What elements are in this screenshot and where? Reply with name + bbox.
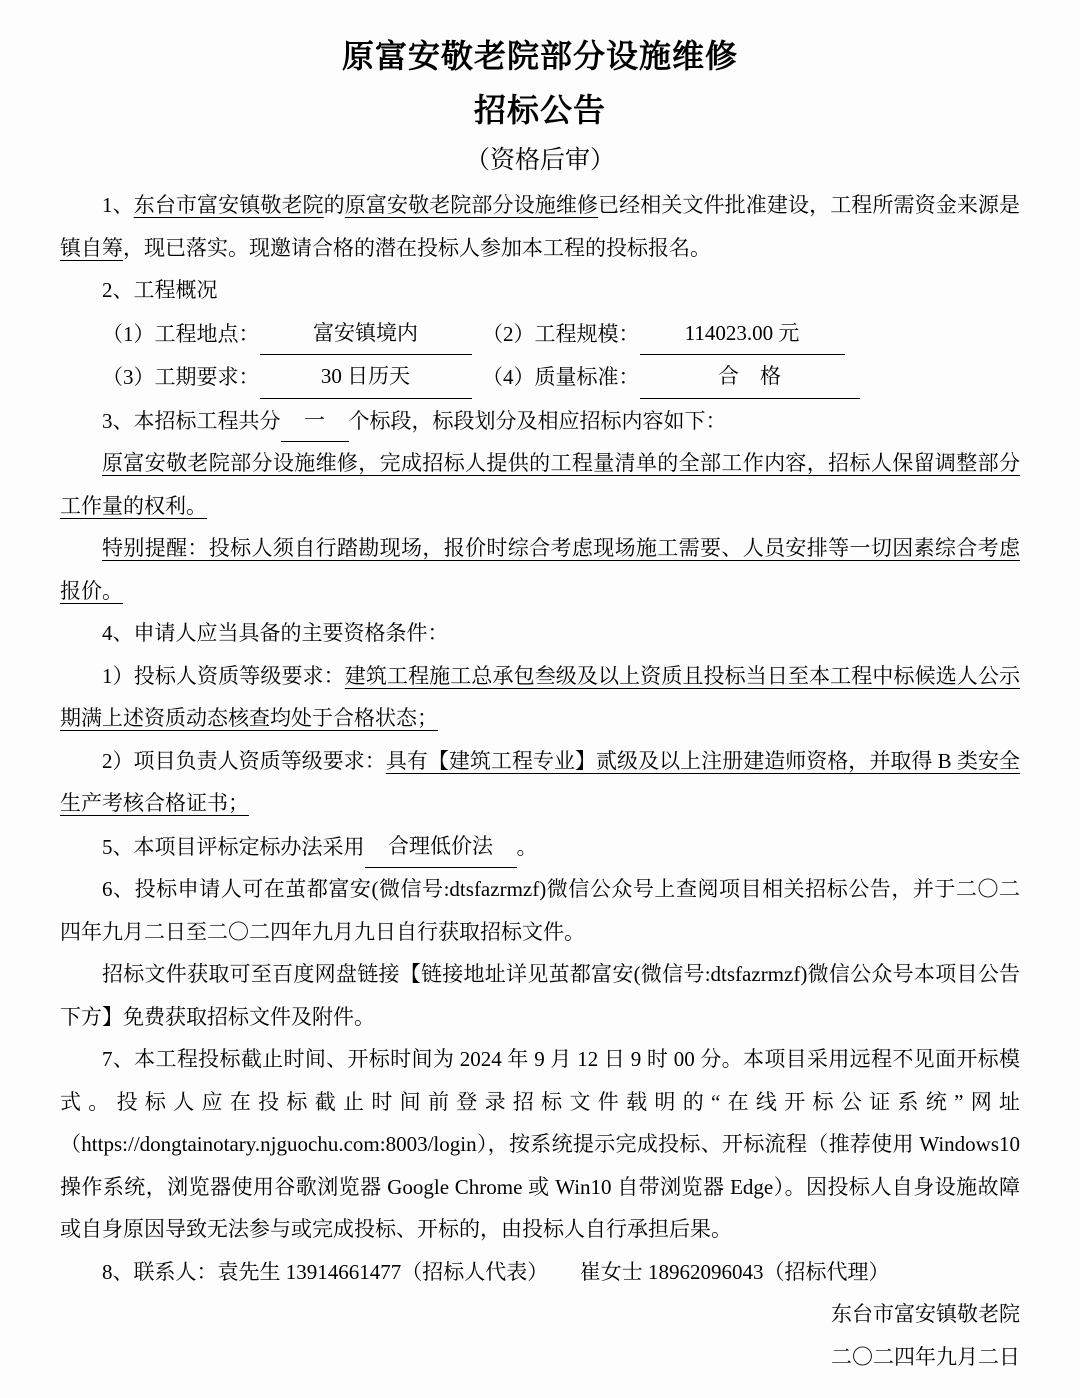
text-segment: 1、 xyxy=(102,193,134,217)
document-page: 原富安敬老院部分设施维修 招标公告 （资格后审） 1、东台市富安镇敬老院的原富安… xyxy=(0,0,1080,1398)
blank-project-scale: 114023.00 元 xyxy=(640,312,845,356)
text-segment: 的 xyxy=(324,193,345,217)
blank-duration: 30 日历天 xyxy=(260,355,472,399)
clause-1-intro: 1、东台市富安镇敬老院的原富安敬老院部分设施维修已经相关文件批准建设，工程所需资… xyxy=(60,184,1020,269)
text-segment: 东台市富安镇敬老院 xyxy=(134,193,324,217)
text-segment: 3、本招标工程共分 xyxy=(102,409,281,433)
footer-issuer: 东台市富安镇敬老院 xyxy=(60,1293,1020,1336)
text-segment: 6、投标申请人可在茧都富安(微信号:dtsfazrmzf)微信公众号上查阅项目相… xyxy=(60,877,1020,944)
footer-date: 二〇二四年九月二日 xyxy=(60,1336,1020,1379)
blank-quality-standard: 合 格 xyxy=(640,355,860,399)
clause-4-item-1: 1）投标人资质等级要求：建筑工程施工总承包叁级及以上资质且投标当日至本工程中标候… xyxy=(60,655,1020,740)
scope-paragraph: 原富安敬老院部分设施维修，完成招标人提供的工程量清单的全部工作内容，招标人保留调… xyxy=(60,442,1020,527)
clause-2-heading: 2、工程概况 xyxy=(60,269,1020,312)
blank-evaluation-method: 合理低价法 xyxy=(365,825,517,869)
text-segment: 8、联系人：袁先生 13914661477（招标人代表） 崔女士 1896209… xyxy=(102,1260,890,1284)
text-segment: 原富安敬老院部分设施维修 xyxy=(345,193,598,217)
text-segment xyxy=(472,365,493,389)
special-reminder: 特别提醒：投标人须自行踏勘现场，报价时综合考虑现场施工需要、人员安排等一切因素综… xyxy=(60,527,1020,612)
blank-project-location: 富安镇境内 xyxy=(260,312,472,356)
text-segment: 个标段，标段划分及相应招标内容如下： xyxy=(349,409,727,433)
clause-7-deadline: 7、本工程投标截止时间、开标时间为 2024 年 9 月 12 日 9 时 00… xyxy=(60,1038,1020,1251)
text-segment: 原富安敬老院部分设施维修，完成招标人提供的工程量清单的全部工作内容，招标人保留调… xyxy=(60,451,1020,518)
text-segment: ，现已落实。现邀请合格的潜在投标人参加本工程的投标报名。 xyxy=(123,236,711,260)
text-segment: 东台市富安镇敬老院 xyxy=(831,1302,1020,1326)
text-segment: 2、工程概况 xyxy=(102,278,218,302)
clause-4-heading: 4、申请人应当具备的主要资格条件： xyxy=(60,612,1020,655)
text-segment: 已经相关文件批准建设，工程所需资金来源是 xyxy=(598,193,1020,217)
text-segment: 1）投标人资质等级要求： xyxy=(102,664,345,688)
text-segment: 5、本项目评标定标办法采用 xyxy=(102,835,365,859)
text-segment: （4）质量标准： xyxy=(493,365,640,389)
document-access: 招标文件获取可至百度网盘链接【链接地址详见茧都富安(微信号:dtsfazrmzf… xyxy=(60,953,1020,1038)
text-segment: 。 xyxy=(517,835,538,859)
clause-4-item-2: 2）项目负责人资质等级要求：具有【建筑工程专业】贰级及以上注册建造师资格，并取得… xyxy=(60,740,1020,825)
document-body: 1、东台市富安镇敬老院的原富安敬老院部分设施维修已经相关文件批准建设，工程所需资… xyxy=(60,184,1020,1378)
blank-section-count: 一 xyxy=(281,399,349,443)
text-segment: （3）工期要求： xyxy=(102,365,260,389)
text-segment: （1）工程地点： xyxy=(102,322,260,346)
text-segment: 4、申请人应当具备的主要资格条件： xyxy=(102,621,449,645)
text-segment: 二〇二四年九月二日 xyxy=(831,1345,1020,1369)
document-subtitle: （资格后审） xyxy=(60,138,1020,184)
text-segment xyxy=(472,322,493,346)
clause-5-evaluation: 5、本项目评标定标办法采用合理低价法。 xyxy=(60,825,1020,869)
text-segment: 2）项目负责人资质等级要求： xyxy=(102,749,386,773)
document-title-line1: 原富安敬老院部分设施维修 xyxy=(60,30,1020,82)
clause-6-announcement: 6、投标申请人可在茧都富安(微信号:dtsfazrmzf)微信公众号上查阅项目相… xyxy=(60,868,1020,953)
fields-row-2: （3）工期要求：30 日历天 （4）质量标准：合 格 xyxy=(60,355,1020,399)
text-segment: （2）工程规模： xyxy=(493,322,640,346)
fields-row-1: （1）工程地点：富安镇境内 （2）工程规模：114023.00 元 xyxy=(60,312,1020,356)
clause-8-contacts: 8、联系人：袁先生 13914661477（招标人代表） 崔女士 1896209… xyxy=(60,1251,1020,1294)
clause-3-sections: 3、本招标工程共分一个标段，标段划分及相应招标内容如下： xyxy=(60,399,1020,443)
text-segment: 特别提醒：投标人须自行踏勘现场，报价时综合考虑现场施工需要、人员安排等一切因素综… xyxy=(60,536,1020,603)
document-title-line2: 招标公告 xyxy=(60,82,1020,138)
text-segment: 镇自筹 xyxy=(60,236,123,260)
text-segment: 7、本工程投标截止时间、开标时间为 2024 年 9 月 12 日 9 时 00… xyxy=(60,1047,1020,1241)
text-segment: 招标文件获取可至百度网盘链接【链接地址详见茧都富安(微信号:dtsfazrmzf… xyxy=(60,962,1020,1029)
